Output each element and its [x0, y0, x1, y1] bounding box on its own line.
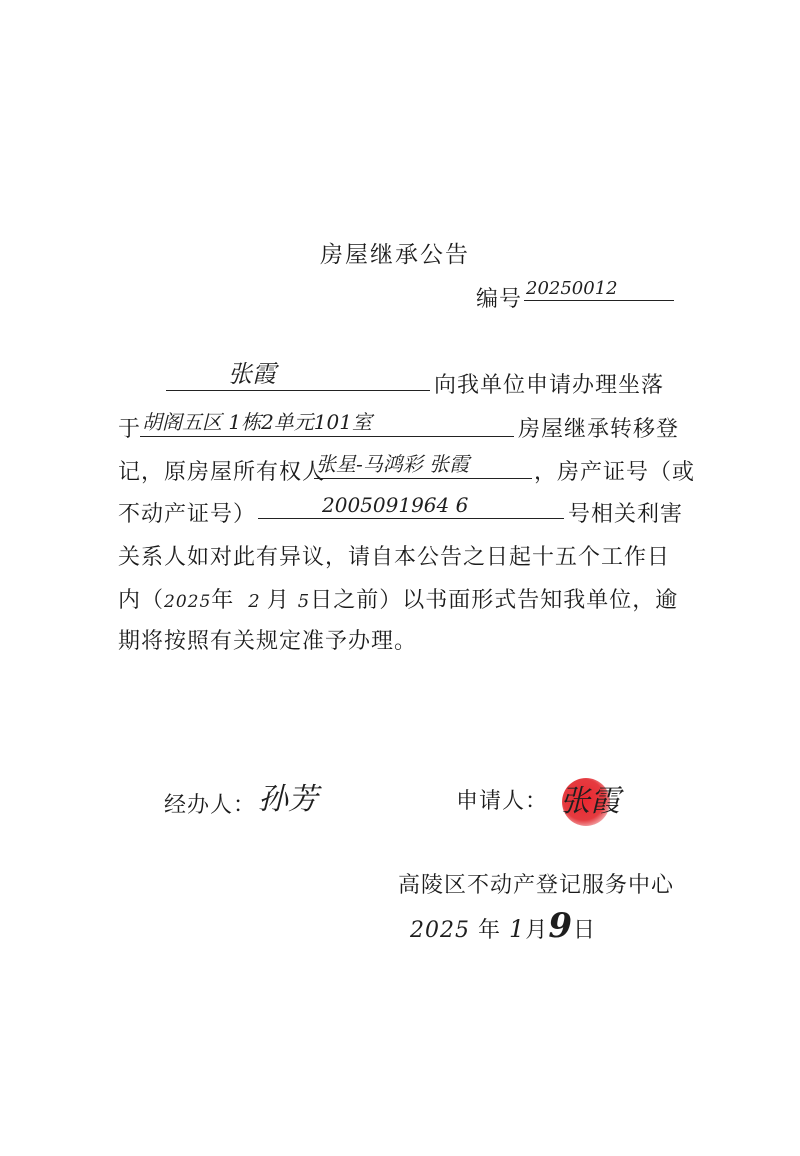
deadline-year-char: 年	[211, 588, 234, 613]
body-line6-prefix: 内（	[118, 588, 164, 613]
certificate-number-blank: 2005091964 6	[258, 490, 564, 519]
property-address: 胡阁五区 1栋2单元101室	[142, 406, 372, 435]
issue-date-month-char: 月	[525, 918, 548, 943]
number-label: 编号	[476, 282, 522, 313]
issue-date: 2025 年 1月9日	[410, 906, 596, 946]
issue-date-day: 9	[548, 906, 573, 946]
issue-date-day-char: 日	[573, 918, 596, 943]
deadline-day: 5	[298, 591, 310, 612]
organization-name: 高陵区不动产登记服务中心	[398, 868, 674, 899]
applicant-label: 申请人：	[456, 784, 548, 815]
handler-signature: 孙芳	[258, 774, 318, 818]
body-line1-suffix: 向我单位申请办理坐落	[434, 368, 664, 399]
handler-label: 经办人：	[164, 788, 256, 819]
body-line2-suffix: 房屋继承转移登	[518, 412, 679, 443]
issue-date-year-char: 年	[478, 918, 501, 943]
issue-date-month: 1	[509, 915, 525, 943]
deadline-month-char: 月	[267, 588, 290, 613]
document-title: 房屋继承公告	[320, 236, 470, 269]
body-line3-prefix: 记，原房屋所有权人	[118, 455, 325, 486]
original-owners: 张星-马鸿彩 张霞	[316, 448, 469, 477]
body-line4-suffix: 号相关利害	[568, 497, 683, 528]
body-line3-suffix: ，房产证号（或	[534, 455, 695, 486]
certificate-number: 2005091964 6	[322, 493, 468, 517]
body-line5: 关系人如对此有异议，请自本公告之日起十五个工作日	[118, 540, 670, 571]
body-line6-suffix: 日之前）以书面形式告知我单位，逾	[310, 588, 678, 613]
body-line4-prefix: 不动产证号）	[118, 497, 256, 528]
applicant-name-blank: 张霞	[166, 362, 430, 391]
number-blank: 20250012	[524, 278, 674, 301]
body-line6: 内（2025年 2月 5日之前）以书面形式告知我单位，逾	[118, 583, 678, 614]
deadline-month: 2	[248, 591, 260, 612]
address-blank: 胡阁五区 1栋2单元101室	[140, 408, 514, 437]
deadline-year: 2025	[164, 592, 211, 612]
applicant-name: 张霞	[228, 354, 276, 389]
body-line2-prefix: 于	[118, 412, 141, 443]
number-value: 20250012	[526, 278, 618, 299]
issue-date-year: 2025	[410, 918, 470, 943]
applicant-signature: 张霞	[560, 776, 620, 820]
original-owners-blank: 张星-马鸿彩 张霞	[314, 450, 532, 479]
body-line7: 期将按照有关规定准予办理。	[118, 624, 417, 655]
